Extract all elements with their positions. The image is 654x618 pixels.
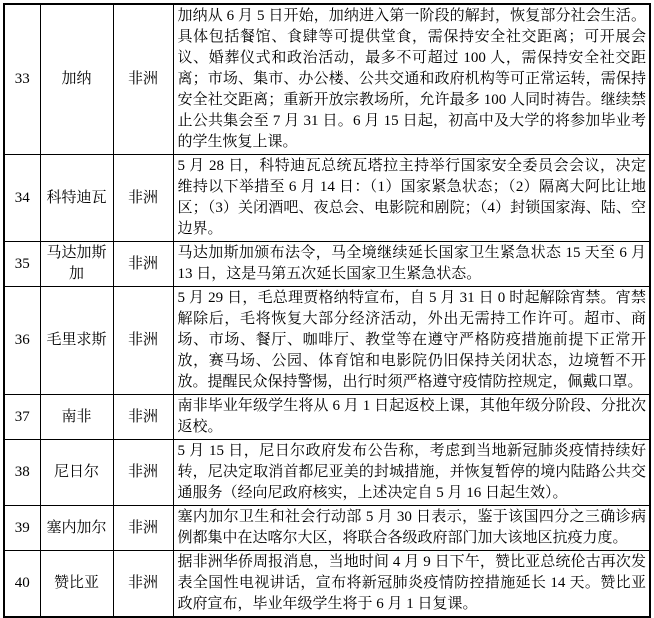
table-row: 35 马达加斯加 非洲 马达加斯加颁布法令，马全境继续延长国家卫生紧急状态 15… — [4, 242, 650, 287]
details-cell: 加纳从 6 月 5 日开始，加纳进入第一阶段的解封，恢复部分社会生活。具体包括餐… — [173, 4, 650, 155]
table-row: 37 南非 非洲 南非毕业年级学生将从 6 月 1 日起返校上课，其他年级分阶段… — [4, 395, 650, 440]
details-cell: 塞内加尔卫生和社会行动部 5 月 30 日表示，鉴于该国四分之三确诊病例都集中在… — [173, 506, 650, 551]
measures-table: 33 加纳 非洲 加纳从 6 月 5 日开始，加纳进入第一阶段的解封，恢复部分社… — [3, 3, 651, 618]
region-cell: 非洲 — [113, 4, 173, 155]
region-cell: 非洲 — [113, 395, 173, 440]
country-cell: 加纳 — [40, 4, 113, 155]
region-cell: 非洲 — [113, 551, 173, 618]
details-cell: 南非毕业年级学生将从 6 月 1 日起返校上课，其他年级分阶段、分批次返校。 — [173, 395, 650, 440]
table-row: 39 塞内加尔 非洲 塞内加尔卫生和社会行动部 5 月 30 日表示，鉴于该国四… — [4, 506, 650, 551]
row-number-cell: 33 — [4, 4, 40, 155]
region-cell: 非洲 — [113, 506, 173, 551]
country-cell: 尼日尔 — [40, 440, 113, 506]
row-number-cell: 39 — [4, 506, 40, 551]
row-number-cell: 40 — [4, 551, 40, 618]
table-row: 34 科特迪瓦 非洲 5 月 28 日，科特迪瓦总统瓦塔拉主持举行国家安全委员会… — [4, 155, 650, 242]
country-cell: 塞内加尔 — [40, 506, 113, 551]
table-body: 33 加纳 非洲 加纳从 6 月 5 日开始，加纳进入第一阶段的解封，恢复部分社… — [4, 4, 650, 617]
details-cell: 5 月 29 日，毛总理贾格纳特宣布，自 5 月 31 日 0 时起解除宵禁。宵… — [173, 287, 650, 395]
country-cell: 南非 — [40, 395, 113, 440]
region-cell: 非洲 — [113, 287, 173, 395]
region-cell: 非洲 — [113, 440, 173, 506]
row-number-cell: 35 — [4, 242, 40, 287]
details-cell: 5 月 28 日，科特迪瓦总统瓦塔拉主持举行国家安全委员会会议，决定维持以下举措… — [173, 155, 650, 242]
document-page: 33 加纳 非洲 加纳从 6 月 5 日开始，加纳进入第一阶段的解封，恢复部分社… — [0, 0, 654, 618]
details-cell: 5 月 15 日，尼日尔政府发布公告称，考虑到当地新冠肺炎疫情持续好转，尼决定取… — [173, 440, 650, 506]
row-number-cell: 36 — [4, 287, 40, 395]
region-cell: 非洲 — [113, 155, 173, 242]
table-row: 33 加纳 非洲 加纳从 6 月 5 日开始，加纳进入第一阶段的解封，恢复部分社… — [4, 4, 650, 155]
country-cell: 赞比亚 — [40, 551, 113, 618]
table-row: 36 毛里求斯 非洲 5 月 29 日，毛总理贾格纳特宣布，自 5 月 31 日… — [4, 287, 650, 395]
row-number-cell: 38 — [4, 440, 40, 506]
row-number-cell: 34 — [4, 155, 40, 242]
table-row: 38 尼日尔 非洲 5 月 15 日，尼日尔政府发布公告称，考虑到当地新冠肺炎疫… — [4, 440, 650, 506]
row-number-cell: 37 — [4, 395, 40, 440]
country-cell: 马达加斯加 — [40, 242, 113, 287]
details-cell: 据非洲华侨周报消息，当地时间 4 月 9 日下午，赞比亚总统伦古再次发表全国性电… — [173, 551, 650, 618]
region-cell: 非洲 — [113, 242, 173, 287]
country-cell: 科特迪瓦 — [40, 155, 113, 242]
table-row: 40 赞比亚 非洲 据非洲华侨周报消息，当地时间 4 月 9 日下午，赞比亚总统… — [4, 551, 650, 618]
country-cell: 毛里求斯 — [40, 287, 113, 395]
details-cell: 马达加斯加颁布法令，马全境继续延长国家卫生紧急状态 15 天至 6 月 13 日… — [173, 242, 650, 287]
